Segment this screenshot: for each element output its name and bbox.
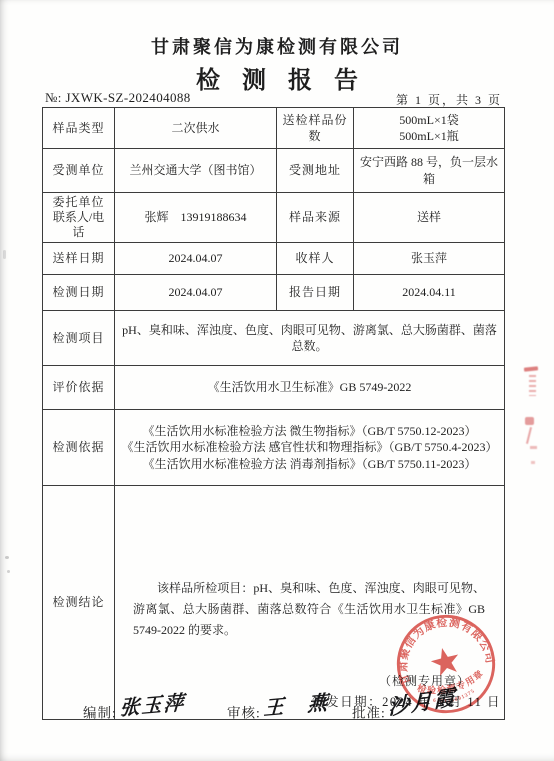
client-contact-value: 张辉 13919188634 (115, 193, 277, 243)
report-date-label: 报告日期 (277, 275, 354, 311)
client-contact-label-line2: 联系人/电话 (47, 210, 110, 240)
red-bleed-mark (525, 417, 534, 425)
approved-signature: 沙月霞 (388, 681, 457, 722)
test-date-label: 检测日期 (43, 275, 115, 311)
sample-source-value: 送样 (354, 193, 505, 243)
scan-speck (3, 250, 6, 259)
prepared-by-group: 编制:张玉萍 (83, 692, 185, 721)
page-indicator: 第 1 页，共 3 页 (396, 91, 502, 108)
reviewed-signature: 王 燕 (263, 686, 330, 721)
prepared-signature: 张玉萍 (119, 686, 186, 721)
report-info-table: 样品类型 二次供水 送检样品份数 500mL×1袋 500mL×1瓶 受测单位 … (42, 107, 505, 720)
table-row: 检测依据 《生活饮用水标准检验方法 微生物指标》（GB/T 5750.12-20… (43, 410, 505, 486)
reviewed-label: 审核: (227, 705, 261, 720)
sample-type-value: 二次供水 (115, 108, 277, 149)
report-page: 甘肃聚信为康检测有限公司 检测报告 №: JXWK-SZ-202404088 第… (0, 0, 554, 761)
tested-address-value: 安宁西路 88 号，负一层水箱 (354, 149, 505, 193)
delivery-date-label: 送样日期 (43, 243, 115, 275)
sample-count-line1: 500mL×1袋 (358, 112, 500, 128)
table-row: 检测项目 pH、臭和味、浑浊度、色度、肉眼可见物、游离氯、总大肠菌群、菌落总数。 (43, 311, 505, 366)
sample-type-label: 样品类型 (43, 108, 115, 149)
table-row: 送样日期 2024.04.07 收样人 张玉萍 (43, 243, 505, 275)
red-bleed-mark (529, 375, 536, 396)
red-bleed-mark (531, 461, 535, 464)
tested-unit-label: 受测单位 (43, 149, 115, 193)
sample-count-line2: 500mL×1瓶 (358, 128, 500, 144)
test-items-value: pH、臭和味、浑浊度、色度、肉眼可见物、游离氯、总大肠菌群、菌落总数。 (115, 311, 505, 366)
scan-speck (7, 570, 10, 573)
table-row: 受测单位 兰州交通大学（图书馆） 受测地址 安宁西路 88 号，负一层水箱 (43, 149, 505, 193)
client-contact-label: 委托单位 联系人/电话 (43, 193, 115, 243)
report-number: №: JXWK-SZ-202404088 (45, 90, 191, 106)
table-row: 检测日期 2024.04.07 报告日期 2024.04.11 (43, 275, 505, 311)
test-items-label: 检测项目 (43, 311, 115, 366)
signature-footer: 编制:张玉萍 审核:王 燕 批准:沙月霞 (0, 681, 554, 736)
sample-count-label: 送检样品份数 (277, 108, 354, 149)
tested-address-label: 受测地址 (277, 149, 354, 193)
test-basis-value: 《生活饮用水标准检验方法 微生物指标》（GB/T 5750.12-2023） 《… (115, 410, 505, 486)
test-basis-label: 检测依据 (43, 410, 115, 486)
sample-source-label: 样品来源 (277, 193, 354, 243)
delivery-date-value: 2024.04.07 (115, 243, 277, 275)
tested-unit-value: 兰州交通大学（图书馆） (115, 149, 277, 193)
evaluation-basis-value: 《生活饮用水卫生标准》GB 5749-2022 (115, 366, 505, 410)
table-row: 评价依据 《生活饮用水卫生标准》GB 5749-2022 (43, 366, 505, 410)
red-bleed-mark (526, 427, 532, 444)
table-row: 委托单位 联系人/电话 张辉 13919188634 样品来源 送样 (43, 193, 505, 243)
prepared-label: 编制: (83, 705, 117, 720)
test-date-value: 2024.04.07 (115, 275, 277, 311)
table-row: 样品类型 二次供水 送检样品份数 500mL×1袋 500mL×1瓶 (43, 108, 505, 149)
scan-speck (5, 556, 9, 559)
red-bleed-mark (524, 366, 538, 371)
evaluation-basis-label: 评价依据 (43, 366, 115, 410)
sample-count-value: 500mL×1袋 500mL×1瓶 (354, 108, 505, 149)
client-contact-label-line1: 委托单位 (47, 195, 110, 210)
test-basis-line2: 《生活饮用水标准检验方法 感官性状和物理指标》（GB/T 5750.4-2023… (119, 439, 500, 455)
report-date-value: 2024.04.11 (354, 275, 505, 311)
receiver-value: 张玉萍 (354, 243, 505, 275)
approved-label: 批准: (352, 705, 386, 720)
receiver-label: 收样人 (277, 243, 354, 275)
test-basis-line3: 《生活饮用水标准检验方法 消毒剂指标》（GB/T 5750.11-2023） (119, 456, 500, 472)
test-basis-line1: 《生活饮用水标准检验方法 微生物指标》（GB/T 5750.12-2023） (119, 423, 500, 439)
conclusion-text: 该样品所检项目：pH、臭和味、色度、浑浊度、肉眼可见物、游离氯、总大肠菌群、菌落… (119, 565, 500, 641)
approved-by-group: 批准:沙月霞 (352, 692, 457, 722)
reviewed-by-group: 审核:王 燕 (227, 692, 329, 721)
red-bleed-mark (530, 446, 537, 449)
company-name: 甘肃聚信为康检测有限公司 (0, 33, 554, 59)
